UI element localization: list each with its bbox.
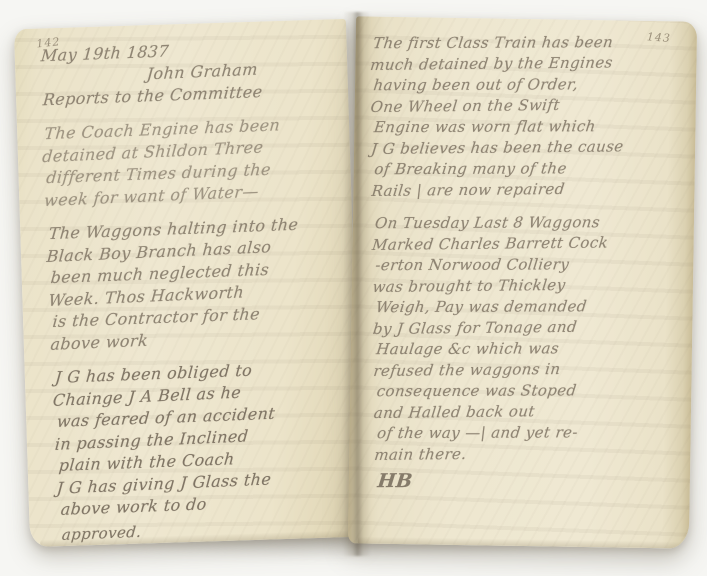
manuscript-line: One Wheel on the Swift	[370, 94, 625, 118]
title-line: Reports to the Committee	[42, 80, 293, 111]
manuscript-line: Marked Charles Barrett Cock	[371, 232, 626, 256]
initials-signature: HB	[376, 470, 628, 492]
right-page-text: The first Class Train has been much deta…	[370, 31, 627, 493]
manuscript-line: On Tuesday Last 8 Waggons	[374, 212, 626, 234]
manuscript-line: Weigh, Pay was demanded	[375, 296, 627, 318]
manuscript-line: refused the waggons in	[372, 358, 627, 382]
right-page-number: 143	[646, 30, 671, 45]
right-paragraph-2: On Tuesday Last 8 Waggons Marked Charles…	[372, 211, 627, 466]
manuscript-photo: 142 May 19th 1837 John Graham Reports to…	[0, 0, 707, 576]
manuscript-line: main there.	[373, 442, 628, 466]
right-paragraph-1: The first Class Train has been much deta…	[370, 31, 624, 202]
left-paragraph-2: The Waggons halting into the Black Boy B…	[45, 213, 303, 356]
manuscript-line: Haulage &c which was	[375, 338, 627, 360]
manuscript-line: of Breaking many of the	[373, 158, 625, 180]
right-page: 143 The first Class Train has been much …	[348, 16, 697, 548]
left-paragraph-3: J G has been obliged to Chainge J A Bell…	[51, 357, 310, 522]
manuscript-book: 142 May 19th 1837 John Graham Reports to…	[14, 6, 692, 562]
manuscript-line: was brought to Thickley	[371, 274, 626, 298]
manuscript-line: by J Glass for Tonage and	[372, 316, 627, 340]
manuscript-line: having been out of Order,	[372, 74, 624, 96]
manuscript-line: Rails | are now repaired	[370, 178, 625, 202]
left-page-text: May 19th 1837 John Graham Reports to the…	[37, 35, 312, 547]
manuscript-line: consequence was Stoped	[376, 380, 628, 402]
manuscript-line: Engine was worn flat which	[373, 116, 625, 138]
left-page: 142 May 19th 1837 John Graham Reports to…	[14, 19, 362, 547]
manuscript-line: -erton Norwood Colliery	[374, 254, 626, 276]
left-paragraph-1: The Coach Engine has been detained at Sh…	[41, 113, 298, 212]
manuscript-line: of the way —| and yet re-	[376, 422, 628, 444]
manuscript-line: and Halled back out	[373, 400, 628, 424]
manuscript-line: The first Class Train has been	[372, 32, 624, 54]
manuscript-line: J G believes has been the cause	[370, 136, 625, 160]
manuscript-line: much detained by the Engines	[369, 52, 624, 76]
